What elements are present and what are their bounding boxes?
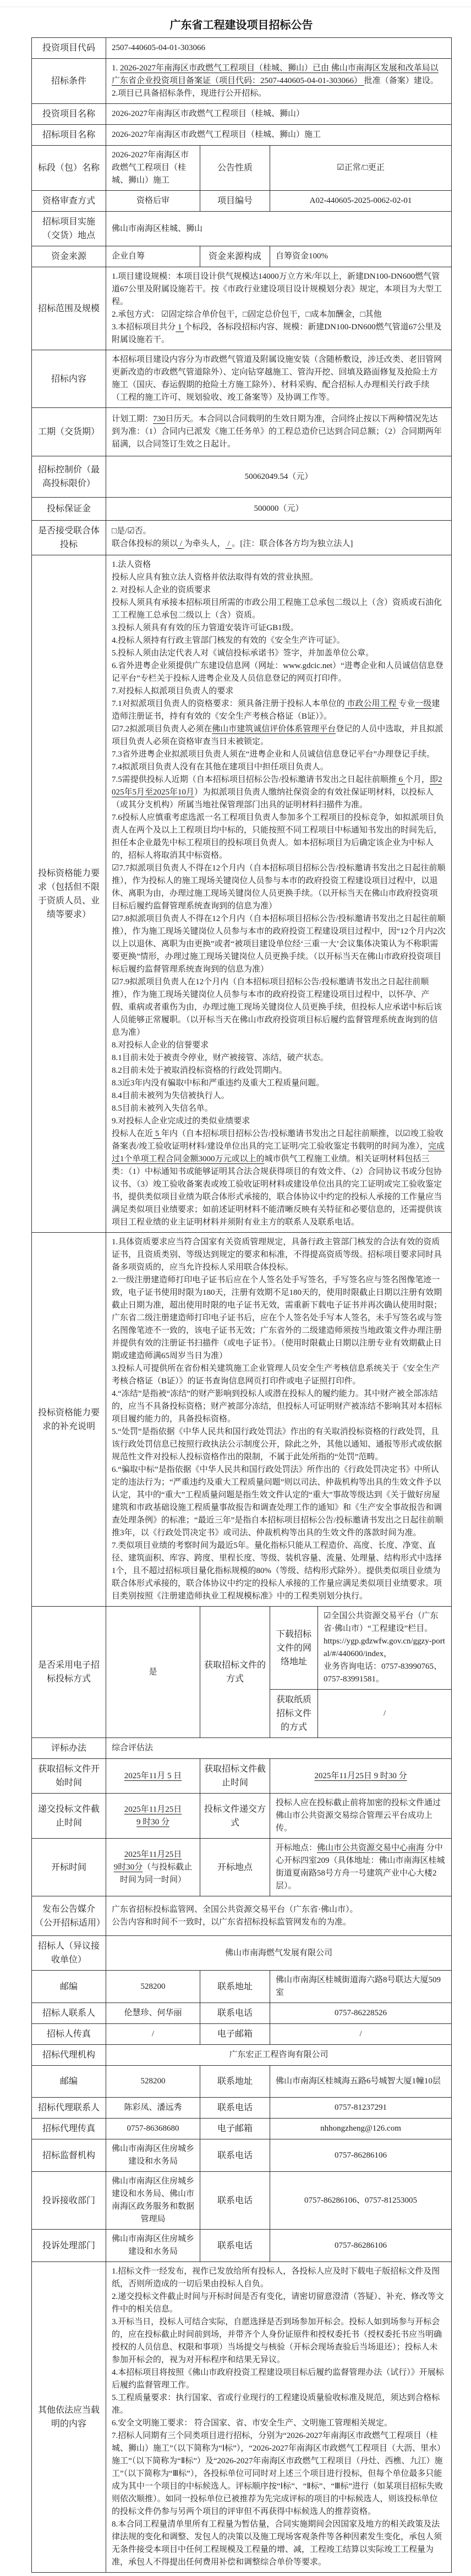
paper-method-label: 获取纸质招标文件的方式 xyxy=(270,1690,318,1738)
evaluation-value: 综合评估法 xyxy=(106,1738,452,1759)
scope-value: 1.项目建设规模：本项目设计供气规模达14000万立方米/年以上，新建DN100… xyxy=(106,267,452,350)
row-duration: 工期（交货期） 计划工期：730日历天。本合同以合同载明的生效日期为准，合同终止… xyxy=(32,408,452,456)
row-complaint-receive: 投诉接收部门 佛山市南海区住房城乡建设和水务局、佛山市南海区政务服务和数据管理局… xyxy=(32,2172,452,2230)
supervisor-phone-label: 联系电话 xyxy=(200,2139,270,2172)
paragraph: 9时30分（与投标截止时间为同一时间） xyxy=(112,1861,194,1887)
submit-method-value: 投标人应在投标截止前将加密的投标文件通过佛山市公共资源交易综合管理云平台成功上传… xyxy=(270,1794,452,1839)
tenderer-value: 佛山市南海燃气发展有限公司 xyxy=(106,1936,452,1971)
download-address-label: 下载招标文件的网络地址 xyxy=(270,1607,318,1690)
tenderer-email-label: 电子邮箱 xyxy=(200,2024,270,2045)
text-segment: 开标地点： xyxy=(276,1844,317,1852)
paragraph: 6.安全文明施工要求： 符合国家、省、市安全生产、文明施工管理相关规定。 xyxy=(112,2417,446,2430)
supervisor-label: 招标监督机构 xyxy=(32,2139,106,2172)
qualification-notes-value: 1.具体资质要求应当符合国家有关资质管理规定，具备行政主管部门核发的合法有效的资… xyxy=(106,1233,452,1607)
paper-method-value: / xyxy=(318,1690,452,1738)
paragraph: 2.项目已具备招标条件，现进行公开招标。 xyxy=(112,87,446,100)
agency-postcode-label: 邮编 xyxy=(32,2066,106,2098)
text-segment: 计划工期： xyxy=(112,415,153,423)
text-segment: 3.本招标项目共分 xyxy=(112,323,176,332)
open-place-label: 开标地点 xyxy=(200,1839,270,1896)
text-segment: 。[注：联合体各方均为独立法人] xyxy=(232,539,353,548)
notice-nature-value: ☑正常/□更正 xyxy=(270,146,452,191)
tenderer-postcode-value: 528200 xyxy=(106,1971,200,2003)
paragraph: 2025年11月25日 xyxy=(112,1849,194,1861)
complaint-handle-phone-value: 0757-86286106 xyxy=(270,2230,452,2262)
investment-code-value: 2507-440605-04-01-303066 xyxy=(106,38,452,59)
paragraph: 公告内容和时间不一致时，以广东省招标投标监管网发布的为准。 xyxy=(112,1916,446,1929)
scope-label: 招标范围及规模 xyxy=(32,267,106,350)
row-agency-contact2: 招标代理联系人 陈彩凤、潘远秀 联系电话 0757-81237291 xyxy=(32,2098,452,2119)
text-segment: 为牵头人， xyxy=(184,539,226,548)
paragraph: 7.招标人同期有三个同类项目进行招标，分别为“2026-2027年南海区市政燃气… xyxy=(112,2430,446,2518)
qualification-review-label: 资格审查方式 xyxy=(32,191,106,212)
agency-address-label: 联系地址 xyxy=(200,2066,270,2098)
underlined-text: 佛山市公共资源交易中心南海 xyxy=(317,1844,424,1852)
row-bid-bond: 投标保证金 500000（元） xyxy=(32,498,452,521)
investment-code-label: 投资项目代码 xyxy=(32,38,106,59)
open-time-value: 2025年11月25日9时30分（与投标截止时间为同一时间） xyxy=(106,1839,200,1896)
underlined-text: 730 xyxy=(153,415,166,423)
complaint-receive-label: 投诉接收部门 xyxy=(32,2172,106,2230)
other-value: 1.招标文件一经发布，视作已发放给所有投标人，各投标人应及时下载电子版招标文件及… xyxy=(106,2262,452,2573)
tenderer-fax-label: 招标人传真 xyxy=(32,2024,106,2045)
paragraph: 2.递交投标文件截止时间与开标时间是否有变化，请密切留意澄清（答疑）、补充、修改… xyxy=(112,2291,446,2316)
tender-conditions-value: 1. 2026-2027年南海区市政燃气工程项目（桂城、狮山）已由 佛山市南海区… xyxy=(106,59,452,104)
row-agency-contact1: 邮编 528200 联系地址 佛山市南海区桂城海五路6号城智大厦1幢10层 xyxy=(32,2066,452,2098)
row-tenderer-contact2: 招标人联系人 伦慧珍、何华丽 联系电话 0757-86228526 xyxy=(32,2003,452,2024)
supervisor-phone-value: 0757-86286106 xyxy=(270,2139,452,2172)
paragraph: ☑全国公共资源交易平台（广东省·佛山市）“工程建设”栏目。 xyxy=(324,1610,446,1635)
underlined-text: 2025年11月 5 日 xyxy=(124,1772,182,1780)
content-value: 本招标项目建设内容分为市政燃气管道及附属设施安装（含随桥敷设，涉迁改类、老旧管网… xyxy=(106,350,452,408)
underlined-text: 一级 xyxy=(415,699,431,708)
paragraph: 8.1目前未处于被责令停业，财产被接管、冻结，破产状态。 xyxy=(112,1052,446,1064)
funding-label: 资金来源 xyxy=(32,246,106,267)
underlined-text: 2025年11月25日 xyxy=(124,1850,182,1859)
paragraph: https://ygp.gdzwfw.gov.cn/ggzy-portal/#/… xyxy=(324,1635,446,1661)
underlined-text: 市政公用工程 xyxy=(345,699,399,708)
funding-composition-value: 自筹资金100% xyxy=(270,246,452,267)
complaint-handle-label: 投诉处理部门 xyxy=(32,2230,106,2262)
paragraph: 7.3省外进粤企业拟派项目负责人须在“进粤企业和人员诚信信息登记平台”办理登记手… xyxy=(112,748,446,761)
text-segment: 城市供气工程施工业绩。相关证明材料包括三类：（1）中标通知书或能够证明其合法合规… xyxy=(112,1155,442,1227)
tenderer-contact-label: 招标人联系人 xyxy=(32,2003,106,2024)
tenderer-postcode-label: 邮编 xyxy=(32,1971,106,2003)
complaint-receive-value: 佛山市南海区住房城乡建设和水务局、佛山市南海区政务服务和数据管理局 xyxy=(106,2172,200,2230)
notice-nature-label: 公告性质 xyxy=(200,146,270,191)
tenderer-phone-value: 0757-86228526 xyxy=(270,2003,452,2024)
doc-end-label: 获取招标文件截止时间 xyxy=(200,1759,270,1794)
tenderer-fax-value: / xyxy=(106,2024,200,2045)
agency-email-label: 电子邮箱 xyxy=(200,2119,270,2139)
underlined-text: 6 xyxy=(397,775,405,784)
paragraph: 投标人须具有承接本招标项目所需的市政公用工程施工总承包二级以上（含）资质或石油化… xyxy=(112,597,446,622)
paragraph: 8.5目前未被列入失信名单。 xyxy=(112,1102,446,1115)
paragraph: 投标人在近 5 年内（自本招标项目招标公告/投标邀请书发出之日起往前顺推，以☑竣… xyxy=(112,1128,446,1229)
qualification-review-value: 资格后审 xyxy=(106,191,200,212)
row-evaluation: 评标办法 综合评估法 xyxy=(32,1738,452,1759)
paragraph: 3.开标当日，投标人可结合实际，自愿选择是否到场参加开标会。投标人如到场参与开标… xyxy=(112,2316,446,2367)
paragraph: 8.本合同工程量清单里所有工程量为暂估量，合同实施期间会因国家及地方的相关政策及… xyxy=(112,2518,446,2569)
funding-value: 企业自筹 xyxy=(106,246,200,267)
duration-value: 计划工期：730日历天。本合同以合同载明的生效日期为准，合同终止按以下两种情况先… xyxy=(106,408,452,456)
row-content: 招标内容 本招标项目建设内容分为市政燃气管道及附属设施安装（含随桥敷设，涉迁改类… xyxy=(32,350,452,408)
paragraph: 7.1对拟派项目负责人的资格要求：须具备注册于投标人本单位的 市政公用工程 专业… xyxy=(112,698,446,723)
paragraph: ☑7.8拟派项目负责人不得在12个月内（自本招标项目招标公告/投标邀请书发出之日… xyxy=(112,913,446,976)
announcement-table: 投资项目代码 2507-440605-04-01-303066 招标条件 1. … xyxy=(31,37,452,2573)
text-segment: 7.1对拟派项目负责人的资格要求：须具备注册于投标人本单位的 xyxy=(112,699,345,708)
paragraph: 4.“冻结”是指被“冻结”的财产影响到投标人或潜在投标人的履约能力。其中财产被全… xyxy=(112,1388,446,1426)
row-media: 发布公告媒介（公开招标适用） 广东省招标投标监管网、全国公共资源交易平台（广东省… xyxy=(32,1896,452,1936)
submit-method-label: 投标文件递交方式 xyxy=(200,1794,270,1839)
complaint-handle-phone-label: 联系电话 xyxy=(200,2230,270,2262)
paragraph: 4.投标人须持有行政主管部门核发的有效的《安全生产许可证》。 xyxy=(112,635,446,647)
row-control-price: 招标控制价（最高投标限价） 50062049.54（元） xyxy=(32,456,452,498)
underlined-text: / xyxy=(178,539,184,548)
bid-bond-value: 500000（元） xyxy=(106,498,452,521)
row-qualification-req: 投标资格能力要求（包括但不限于资质人员、业绩等要求） 1.法人资格投标人应具有独… xyxy=(32,555,452,1233)
doc-end-value: 2025年11月25日 9 时30 分 xyxy=(270,1759,452,1794)
qualification-req-value: 1.法人资格投标人应具有独立法人资格并依法取得有效的营业执照。2. 对投标人企业… xyxy=(106,555,452,1233)
media-label: 发布公告媒介（公开招标适用） xyxy=(32,1896,106,1936)
paragraph: 2025年11月25日 xyxy=(112,1803,194,1816)
text-segment: ☑7.2拟派项目负责人必须在 xyxy=(112,725,212,733)
paragraph: 2.一级注册建造师打印电子证书后应在个人签名处手写签名，手写签名应与签名图像笔迹… xyxy=(112,1274,446,1363)
doc-start-label: 获取招标文件开始时间 xyxy=(32,1759,106,1794)
row-section-name: 标段（包）名称 2026-2027年南海区市政燃气工程项目（桂城、狮山）施工 公… xyxy=(32,146,452,191)
row-tenderer-contact3: 招标人传真 / 电子邮箱 / xyxy=(32,2024,452,2045)
consortium-value: □是/☑否。联合体投标的须以 / 为牵头人， / 。[注：联合体各方均为独立法人… xyxy=(106,521,452,555)
underlined-text: / xyxy=(226,539,232,548)
paragraph: ☑7.7拟派项目负责人不得在12个月内（自本招标项目招标公告/投标邀请书发出之日… xyxy=(112,862,446,913)
agency-postcode-value: 528200 xyxy=(106,2066,200,2098)
agency-label: 招标代理机构 xyxy=(32,2045,106,2066)
paragraph: 1.法人资格 xyxy=(112,559,446,571)
underlined-text: 5 xyxy=(153,1129,161,1138)
paragraph: 6.“骗取中标”是指依据《中华人民共和国行政处罚法》所作出的《行政处罚决定书》中… xyxy=(112,1464,446,1540)
agency-email-value: nhhongzheng@126.com xyxy=(270,2119,452,2139)
paragraph: 5.投标人须由法定代表人对《诚信投标承诺书》签字，并加盖单位公章。 xyxy=(112,647,446,660)
tender-name-label: 招标项目名称 xyxy=(32,125,106,146)
underlined-text: 2025年11月25日 9 时30 分 xyxy=(314,1772,407,1780)
row-investment-code: 投资项目代码 2507-440605-04-01-303066 xyxy=(32,38,452,59)
row-tenderer: 招标人（异议接收单位） 佛山市南海燃气发展有限公司 xyxy=(32,1936,452,1971)
location-label: 招标项目实施（交货）地点 xyxy=(32,212,106,246)
paragraph: 2.承包方式： ☑固定综合单价包干，□固定总价包干，□成本加酬金，□其他 xyxy=(112,308,446,321)
row-doc-times: 获取招标文件开始时间 2025年11月 5 日 获取招标文件截止时间 2025年… xyxy=(32,1759,452,1794)
agency-fax-value: 0757-86368680 xyxy=(106,2119,200,2139)
page-title: 广东省工程建设项目招标公告 xyxy=(31,16,451,32)
row-consortium: 是否接受联合体投标 □是/☑否。联合体投标的须以 / 为牵头人， / 。[注：联… xyxy=(32,521,452,555)
row-opening: 开标时间 2025年11月25日9时30分（与投标截止时间为同一时间） 开标地点… xyxy=(32,1839,452,1896)
duration-label: 工期（交货期） xyxy=(32,408,106,456)
text-segment: 个月， xyxy=(405,775,430,784)
open-time-label: 开标时间 xyxy=(32,1839,106,1896)
bid-bond-label: 投标保证金 xyxy=(32,498,106,521)
paragraph: 8.对投标人企业的信誉要求 xyxy=(112,1039,446,1052)
row-agency-contact3: 招标代理传真 0757-86368680 电子邮箱 nhhongzheng@12… xyxy=(32,2119,452,2139)
submit-deadline-value: 2025年11月25日9 时30 分 xyxy=(106,1794,200,1839)
control-price-label: 招标控制价（最高投标限价） xyxy=(32,456,106,498)
download-address-value: ☑全国公共资源交易平台（广东省·佛山市）“工程建设”栏目。https://ygp… xyxy=(318,1607,452,1690)
paragraph: 6.省外进粤企业须提供广东建设信息网（网址：www.gdcic.net）“进粤企… xyxy=(112,660,446,685)
paragraph: 1. 2026-2027年南海区市政燃气工程项目（桂城、狮山）已由 佛山市南海区… xyxy=(112,62,446,87)
open-place-value: 开标地点：佛山市公共资源交易中心南海 分中心开标四室209（具体地址：佛山市南海… xyxy=(270,1839,452,1896)
row-other: 其他依法应当载明的内容 1.招标文件一经发布，视作已发放给所有投标人，各投标人应… xyxy=(32,2262,452,2573)
row-submit: 递交投标文件截止时间 2025年11月25日9 时30 分 投标文件递交方式 投… xyxy=(32,1794,452,1839)
project-number-label: 项目编号 xyxy=(200,191,270,212)
paragraph: 投标人应具有独立法人资格并依法取得有效的营业执照。 xyxy=(112,571,446,584)
paragraph: 7.对投标人拟派项目负责人的要求 xyxy=(112,685,446,698)
agency-address-value: 佛山市南海区桂城海五路6号城智大厦1幢10层 xyxy=(270,2066,452,2098)
paragraph: 3.本招标项目共分 1 个标段，各标段招标内容、规模：新建DN100-DN600… xyxy=(112,321,446,346)
paragraph: 7.5需提供投标人近期（自本招标项目招标公告/投标邀请书发出之日起往前顺推 6 … xyxy=(112,774,446,812)
complaint-receive-phone-value: 0757-86286106、0757-81253005 xyxy=(270,2172,452,2230)
tender-name-value: 2026-2027年南海区市政燃气工程项目（桂城、狮山）施工 xyxy=(106,125,452,146)
paragraph: □是/☑否。 xyxy=(112,525,446,538)
electronic-bidding-label: 是否采用电子招标投标方式 xyxy=(32,1607,106,1738)
agency-contact-value: 陈彩凤、潘远秀 xyxy=(106,2098,200,2119)
paragraph: 9.对投标人企业完成过的类似业绩要求 xyxy=(112,1115,446,1128)
paragraph: 5.“处罚”是指依据《中华人民共和国行政处罚法》作出的有关取消投标资格的行政处罚… xyxy=(112,1426,446,1464)
investment-name-value: 2026-2027年南海区市政燃气工程项目（桂城、狮山） xyxy=(106,104,452,125)
evaluation-label: 评标办法 xyxy=(32,1738,106,1759)
agency-fax-label: 招标代理传真 xyxy=(32,2119,106,2139)
underlined-text: 佛山市建筑诚信评价体系管理平台 xyxy=(212,725,336,733)
paragraph: 8.3近3年内没有骗取中标和严重违约及重大工程质量问题。 xyxy=(112,1077,446,1090)
paragraph: 1.具体资质要求应当符合国家有关资质管理规定，具备行政主管部门核发的合法有效的资… xyxy=(112,1236,446,1274)
row-qualification-notes: 投标资格能力要求的补充说明 1.具体资质要求应当符合国家有关资质管理规定，具备行… xyxy=(32,1233,452,1607)
paragraph: 本招标项目建设内容分为市政燃气管道及附属设施安装（含随桥敷设，涉迁改类、老旧管网… xyxy=(112,354,446,404)
text-segment: 批准（备案）建设。 xyxy=(364,76,439,85)
investment-name-label: 投资项目名称 xyxy=(32,104,106,125)
section-name-label: 标段（包）名称 xyxy=(32,146,106,191)
row-complaint-handle: 投诉处理部门 佛山市南海区住房城乡建设和水务局 联系电话 0757-862861… xyxy=(32,2230,452,2262)
paragraph: 业务咨询电话：0757-83990765、0757-83991581。 xyxy=(324,1661,446,1686)
paragraph: 联合体投标的须以 / 为牵头人， / 。[注：联合体各方均为独立法人] xyxy=(112,538,446,550)
paragraph: 9 时30 分 xyxy=(112,1816,194,1829)
tenderer-contact-value: 伦慧珍、何华丽 xyxy=(106,2003,200,2024)
paragraph: 2. 对投标人企业的资质要求 xyxy=(112,584,446,597)
row-tender-name: 招标项目名称 2026-2027年南海区市政燃气工程项目（桂城、狮山）施工 xyxy=(32,125,452,146)
underlined-text: 2025年11月25日 xyxy=(124,1805,182,1814)
tenderer-address-value: 佛山市南海区桂城街道海六路8号联达大厦509室 xyxy=(270,1971,452,2003)
paragraph: 广东省招标投标监管网、全国公共资源交易平台（广东省·佛山市）。 xyxy=(112,1904,446,1916)
consortium-label: 是否接受联合体投标 xyxy=(32,521,106,555)
text-segment: 年内（自本招标项目招标公告/投标邀请书发出之日起往前顺推，以☑竣工验收备案表/竣… xyxy=(112,1129,443,1151)
paragraph: 7.6投标人应慎重考虑选派一名工程项目负责人参加多个工程项目的投标竞争，如拟派项… xyxy=(112,812,446,862)
row-supervisor: 招标监督机构 佛山市南海区住房城乡建设和水务局 联系电话 0757-862861… xyxy=(32,2139,452,2172)
paragraph: 8.4目前未被列为失信被执行人。 xyxy=(112,1090,446,1102)
underlined-text: 9时30分 xyxy=(114,1863,143,1872)
row-funding: 资金来源 企业自筹 资金来源构成 自筹资金100% xyxy=(32,246,452,267)
funding-composition-label: 资金来源构成 xyxy=(200,246,270,267)
row-investment-name: 投资项目名称 2026-2027年南海区市政燃气工程项目（桂城、狮山） xyxy=(32,104,452,125)
tenderer-address-label: 联系地址 xyxy=(200,1971,270,2003)
supervisor-value: 佛山市南海区住房城乡建设和水务局 xyxy=(106,2139,200,2172)
underlined-text: 1 xyxy=(176,323,184,332)
text-segment: 专业 xyxy=(398,699,415,708)
top-divider xyxy=(0,0,471,7)
underlined-text: 9 时30 分 xyxy=(136,1818,169,1827)
paragraph: 1.项目建设规模：本项目设计供气规模达14000万立方米/年以上，新建DN100… xyxy=(112,271,446,308)
agency-phone-value: 0757-81237291 xyxy=(270,2098,452,2119)
paragraph: 3.投标人须具有有效的压力管道安装许可证GB1级。 xyxy=(112,622,446,635)
tenderer-label: 招标人（异议接收单位） xyxy=(32,1936,106,1971)
paragraph: 5.工程质量要求：执行国家、省或行业现行的工程建设质量验收标准及规范，须达到合格… xyxy=(112,2392,446,2417)
paragraph: 2025年11月25日 9 时30 分 xyxy=(276,1770,446,1783)
complaint-receive-phone-label: 联系电话 xyxy=(200,2172,270,2230)
project-number-value: A02-440605-2025-0062-02-01 xyxy=(270,191,452,212)
row-tenderer-contact1: 邮编 528200 联系地址 佛山市南海区桂城街道海六路8号联达大厦509室 xyxy=(32,1971,452,2003)
doc-start-value: 2025年11月 5 日 xyxy=(106,1759,200,1794)
paragraph: 4.本招标项目将按照《佛山市政府投资工程建设项目标后履约监督管理办法（试行）》开… xyxy=(112,2367,446,2392)
paragraph: 计划工期：730日历天。本合同以合同载明的生效日期为准，合同终止按以下两种情况先… xyxy=(112,413,446,451)
qualification-req-label: 投标资格能力要求（包括但不限于资质人员、业绩等要求） xyxy=(32,555,106,1233)
paragraph: 7.类似项目业绩的考察时间为最近5年。量化指标只能从工程造价、高度、长度、净宽、… xyxy=(112,1540,446,1603)
text-segment: 投标人在近 xyxy=(112,1129,153,1138)
electronic-bidding-value: 是 xyxy=(106,1607,200,1738)
section-name-value: 2026-2027年南海区市政燃气工程项目（桂城、狮山）施工 xyxy=(106,146,200,191)
paragraph: 8.2目前未处于被取消投标资格的行政处罚期内。 xyxy=(112,1064,446,1077)
text-segment: 1. xyxy=(112,64,120,73)
agency-value: 广东宏正工程咨询有限公司 xyxy=(106,2045,452,2066)
agency-phone-label: 联系电话 xyxy=(200,2098,270,2119)
text-segment: 联合体投标的须以 xyxy=(112,539,178,548)
paragraph: 7.4拟派项目负责人没有在其他在建项目中担任项目负责人。 xyxy=(112,761,446,774)
text-segment: 7.5需提供投标人近期（自本招标项目招标公告/投标邀请书发出之日起往前顺推 xyxy=(112,775,397,784)
row-location: 招标项目实施（交货）地点 佛山市南海区桂城、狮山 xyxy=(32,212,452,246)
location-value: 佛山市南海区桂城、狮山 xyxy=(106,212,452,246)
paragraph: 1.招标文件一经发布，视作已发放给所有投标人，各投标人应及时下载电子版招标文件及… xyxy=(112,2265,446,2291)
paragraph: 2025年11月 5 日 xyxy=(112,1770,194,1783)
complaint-handle-value: 佛山市南海区住房城乡建设和水务局 xyxy=(106,2230,200,2262)
row-tender-conditions: 招标条件 1. 2026-2027年南海区市政燃气工程项目（桂城、狮山）已由 佛… xyxy=(32,59,452,104)
paragraph: 3.投标人可提供所在省份相关建筑施工企业管理人员安全生产考核信息系统关于《安全生… xyxy=(112,1363,446,1388)
control-price-value: 50062049.54（元） xyxy=(106,456,452,498)
paragraph: ☑7.9拟派项目负责人在12个月内（自本招标项目招标公告/投标邀请书发出之日起往… xyxy=(112,976,446,1039)
agency-contact-label: 招标代理联系人 xyxy=(32,2098,106,2119)
obtain-method-label: 获取招标文件的方式 xyxy=(200,1607,270,1738)
paragraph: ☑7.2拟派项目负责人必须在佛山市建筑诚信评价体系管理平台登记的人员中选取，并且… xyxy=(112,723,446,748)
tenderer-phone-label: 联系电话 xyxy=(200,2003,270,2024)
row-qualification-review: 资格审查方式 资格后审 项目编号 A02-440605-2025-0062-02… xyxy=(32,191,452,212)
other-label: 其他依法应当载明的内容 xyxy=(32,2262,106,2573)
row-scope: 招标范围及规模 1.项目建设规模：本项目设计供气规模达14000万立方米/年以上… xyxy=(32,267,452,350)
row-electronic-bidding: 是否采用电子招标投标方式 是 获取招标文件的方式 下载招标文件的网络地址 ☑全国… xyxy=(32,1607,452,1690)
qualification-notes-label: 投标资格能力要求的补充说明 xyxy=(32,1233,106,1607)
tenderer-email-value: / xyxy=(270,2024,452,2045)
content-label: 招标内容 xyxy=(32,350,106,408)
media-value: 广东省招标投标监管网、全国公共资源交易平台（广东省·佛山市）。公告内容和时间不一… xyxy=(106,1896,452,1936)
paragraph: 开标地点：佛山市公共资源交易中心南海 分中心开标四室209（具体地址：佛山市南海… xyxy=(276,1842,446,1893)
tender-conditions-label: 招标条件 xyxy=(32,59,106,104)
submit-deadline-label: 递交投标文件截止时间 xyxy=(32,1794,106,1839)
row-agency: 招标代理机构 广东宏正工程咨询有限公司 xyxy=(32,2045,452,2066)
